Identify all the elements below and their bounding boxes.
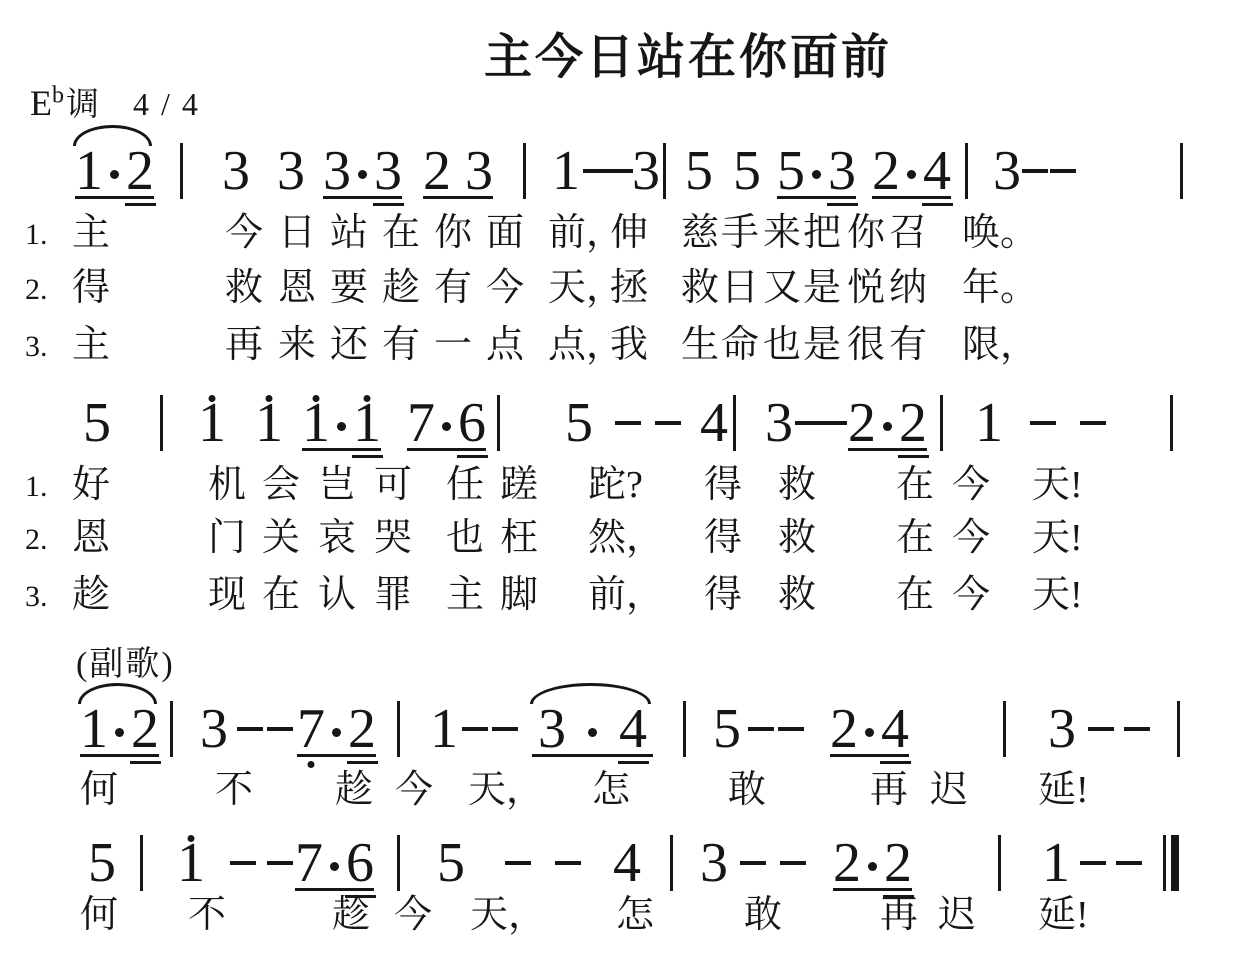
note-digit: 1 (430, 704, 458, 754)
verse-number: 2. (25, 265, 48, 315)
lyric-syllable: 也 (763, 322, 801, 368)
lyric-syllable: 恩 (278, 265, 316, 311)
barline (523, 143, 526, 199)
note-digit: 5 (777, 146, 805, 196)
digit: 5 (713, 704, 741, 754)
lyric-syllable: 把 (803, 210, 841, 256)
digit: 3 (538, 704, 566, 754)
flat-accidental: b (52, 83, 64, 109)
beamed-note-group: 22 (833, 838, 912, 891)
lyric-syllable: 日 (721, 265, 759, 311)
lyric-syllable: 救 (778, 572, 816, 618)
note: 3 (222, 146, 250, 196)
lyric-syllable: 怎 (616, 892, 654, 938)
note: 5 (437, 838, 465, 888)
note-digit: 2 (833, 838, 861, 888)
lyric-syllable: 点 (486, 322, 524, 368)
lyric-syllable: 不 (215, 767, 253, 813)
digit: 1 (552, 146, 580, 196)
barline (497, 395, 500, 451)
digit: 3 (632, 146, 660, 196)
duration-dash (607, 169, 633, 173)
lyric-syllable: 救 (778, 462, 816, 508)
verse-number: 3. (25, 322, 48, 372)
lyric-syllable: 来 (763, 210, 801, 256)
note: 3 (277, 146, 305, 196)
note-digit: 5 (713, 704, 741, 754)
digit: 5 (733, 146, 761, 196)
lyric-syllable: 恩 (72, 515, 110, 561)
duration-dash (748, 727, 774, 731)
augmentation-dot (115, 728, 124, 737)
note: 1 (1042, 838, 1070, 888)
lyric-syllable: 在 (262, 572, 300, 618)
note-digit: 1 (255, 398, 283, 448)
lyric-syllable: 主 (72, 322, 110, 368)
note: 3 (1048, 704, 1076, 754)
note-digit: 3 (374, 146, 402, 196)
duration-dash (1124, 727, 1150, 731)
digit: 2 (423, 146, 451, 196)
note: 1 (177, 838, 205, 888)
barline (683, 701, 686, 757)
music-line-1: 12333323135553243 (0, 146, 1238, 216)
lyric-syllable: 主 (72, 210, 110, 256)
beamed-note-group: 72 (297, 704, 376, 757)
octave-dot-above (313, 395, 320, 402)
note-digit: 1 (552, 146, 580, 196)
lyric-syllable: 救 (681, 265, 719, 311)
barline (1177, 701, 1180, 757)
lyric-syllable: 救 (778, 515, 816, 561)
lyric-syllable: 再 (880, 892, 918, 938)
digit: 5 (437, 838, 465, 888)
barline (733, 395, 736, 451)
beamed-note-group: 11 (302, 398, 381, 451)
lyric-syllable: 得 (704, 572, 742, 618)
duration-dash (230, 861, 256, 865)
barline (663, 143, 666, 199)
lyric-syllable: 敢 (744, 892, 782, 938)
lyric-syllable: 今 (952, 515, 990, 561)
digit: 1 (353, 398, 381, 448)
lyric-syllable: 面 (486, 210, 524, 256)
digit: 7 (407, 398, 435, 448)
digit: 4 (619, 704, 647, 754)
lyric-syllable: 认 (318, 572, 356, 618)
octave-dot-above (364, 395, 371, 402)
lyric-syllable: 得 (704, 515, 742, 561)
augmentation-dot (907, 170, 916, 179)
lyric-syllable: 天! (1032, 515, 1083, 561)
digit: 1 (430, 704, 458, 754)
digit: 2 (884, 838, 912, 888)
key-word: 调 (66, 87, 99, 123)
duration-dash (492, 727, 518, 731)
duration-dash (267, 727, 293, 731)
note: 1 (198, 398, 226, 448)
duration-dash (615, 421, 641, 425)
lyric-syllable: 再 (870, 767, 908, 813)
lyric-syllable: 敢 (728, 767, 766, 813)
verse-number: 2. (25, 515, 48, 565)
lyric-syllable: 机 (208, 462, 246, 508)
duration-dash (780, 861, 806, 865)
verse-1-line-1: 1.主今日站在你面前，伸慈手来把你召唤。 (0, 210, 1238, 260)
lyric-syllable: 关 (262, 515, 300, 561)
digit: 3 (1048, 704, 1076, 754)
duration-dash (555, 861, 581, 865)
lyric-syllable: 要 (330, 265, 368, 311)
lyric-syllable: 今 (952, 462, 990, 508)
note-digit: 1 (198, 398, 226, 448)
lyric-syllable: 命 (721, 322, 759, 368)
augmentation-dot (332, 728, 341, 737)
lyric-syllable: 慈 (681, 210, 719, 256)
note-digit: 3 (465, 146, 493, 196)
page-title: 主今日站在你面前 (484, 18, 892, 87)
lyric-syllable: 趁 (382, 265, 420, 311)
note: 4 (613, 838, 641, 888)
duration-dash (237, 727, 263, 731)
refrain-lyric-line-1: 何不趁今天，怎敢再迟延! (0, 767, 1238, 817)
note-digit: 4 (881, 704, 909, 754)
digit: 1 (75, 146, 103, 196)
digit: 2 (348, 704, 376, 754)
lyric-syllable: 现 (208, 572, 246, 618)
beamed-note-group: 12 (75, 146, 154, 199)
lyric-syllable: 天， (470, 892, 546, 938)
lyric-syllable: 也 (446, 515, 484, 561)
augmentation-dot (358, 170, 367, 179)
verse-1-line-2: 1.好机会岂可任蹉跎?得救在今天! (0, 462, 1238, 512)
lyric-syllable: 年。 (962, 265, 1038, 311)
note: 3 (700, 838, 728, 888)
lyric-syllable: 蹉 (500, 462, 538, 508)
lyric-syllable: 有 (382, 322, 420, 368)
lyric-syllable: 今 (395, 767, 433, 813)
note: 3 (200, 704, 228, 754)
beamed-note-group: 33 (323, 146, 402, 199)
lyric-syllable: 日 (278, 210, 316, 256)
digit: 4 (923, 146, 951, 196)
note: 3 (765, 398, 793, 448)
barline (397, 835, 400, 891)
lyric-syllable: 站 (330, 210, 368, 256)
digit: 1 (80, 704, 108, 754)
lyric-syllable: 可 (374, 462, 412, 508)
note-digit: 1 (1042, 838, 1070, 888)
note-digit: 2 (348, 704, 376, 754)
lyric-syllable: 纳 (889, 265, 927, 311)
duration-dash (583, 169, 609, 173)
digit: 3 (765, 398, 793, 448)
lyric-syllable: 延! (1038, 767, 1089, 813)
digit: 2 (833, 838, 861, 888)
verse-number: 1. (25, 210, 48, 260)
lyric-syllable: 不 (188, 892, 226, 938)
lyric-syllable: 何 (80, 767, 118, 813)
lyric-syllable: 迟 (938, 892, 976, 938)
lyric-syllable: 枉 (500, 515, 538, 561)
final-barline-thin (1163, 835, 1166, 891)
note-digit: 5 (685, 146, 713, 196)
duration-dash (1116, 861, 1142, 865)
note: 3 (632, 146, 660, 196)
note-digit: 1 (975, 398, 1003, 448)
note: 5 (565, 398, 593, 448)
beamed-note-group: 76 (407, 398, 486, 451)
note-digit: 1 (353, 398, 381, 448)
digit: 1 (255, 398, 283, 448)
key-and-time-signature: Eb调4 / 4 (30, 78, 200, 125)
lyric-syllable: 拯 (610, 265, 648, 311)
digit: 4 (613, 838, 641, 888)
lyric-syllable: 在 (896, 462, 934, 508)
final-barline (1163, 835, 1177, 891)
digit: 6 (346, 838, 374, 888)
note-digit: 3 (632, 146, 660, 196)
note-digit: 1 (75, 146, 103, 196)
note-digit: 3 (1048, 704, 1076, 754)
digit: 3 (374, 146, 402, 196)
augmentation-dot (330, 862, 339, 871)
verse-3-line-2: 3.趁现在认罪主脚前，得救在今天! (0, 572, 1238, 622)
lyric-syllable: 任 (446, 462, 484, 508)
note-digit: 1 (302, 398, 330, 448)
lyric-syllable: 得 (72, 265, 110, 311)
lyric-syllable: 哭 (374, 515, 412, 561)
digit: 5 (565, 398, 593, 448)
note-digit: 4 (619, 704, 647, 754)
lyric-syllable: 唤。 (962, 210, 1038, 256)
note-digit: 3 (538, 704, 566, 754)
lyric-syllable: 在 (382, 210, 420, 256)
digit: 4 (700, 398, 728, 448)
verse-number: 1. (25, 462, 48, 512)
augmentation-dot (865, 728, 874, 737)
octave-dot-above (209, 395, 216, 402)
barline (160, 395, 163, 451)
duration-dash (1050, 169, 1076, 173)
beamed-note-group: 34 (532, 704, 653, 757)
note: 5 (88, 838, 116, 888)
lyric-syllable: 召 (889, 210, 927, 256)
barline (1170, 395, 1173, 451)
verse-number: 3. (25, 572, 48, 622)
note-digit: 3 (700, 838, 728, 888)
beamed-note-group: 12 (80, 704, 159, 757)
lyric-syllable: 还 (330, 322, 368, 368)
note-digit: 5 (437, 838, 465, 888)
lyric-syllable: 是 (803, 265, 841, 311)
lyric-syllable: 趁 (72, 572, 110, 618)
lyric-syllable: 得 (704, 462, 742, 508)
digit: 7 (295, 838, 323, 888)
verse-2-line-1: 2.得救恩要趁有今天，拯救日又是悦纳年。 (0, 265, 1238, 315)
key-letter: E (30, 83, 52, 123)
note-digit: 2 (884, 838, 912, 888)
digit: 2 (848, 398, 876, 448)
duration-dash (778, 727, 804, 731)
lyric-syllable: 我 (610, 322, 648, 368)
beamed-note-group: 53 (777, 146, 856, 199)
note: 4 (700, 398, 728, 448)
lyric-syllable: 生 (681, 322, 719, 368)
barline (1180, 143, 1183, 199)
lyric-syllable: 跎? (588, 462, 643, 508)
lyric-syllable: 趁 (335, 767, 373, 813)
note: 5 (713, 704, 741, 754)
duration-dash (1080, 421, 1106, 425)
digit: 2 (899, 398, 927, 448)
note-digit: 3 (222, 146, 250, 196)
note-digit: 3 (323, 146, 351, 196)
note: 5 (685, 146, 713, 196)
note-digit: 7 (295, 838, 323, 888)
barline (140, 835, 143, 891)
digit: 5 (685, 146, 713, 196)
digit: 2 (830, 704, 858, 754)
digit: 3 (828, 146, 856, 196)
lyric-syllable: 会 (262, 462, 300, 508)
verse-3-line-1: 3.主再来还有一点点，我生命也是很有限， (0, 322, 1238, 372)
refrain-lyric-line-2: 何不趁今天，怎敢再迟延! (0, 892, 1238, 942)
duration-dash (1080, 861, 1106, 865)
lyric-syllable: 来 (278, 322, 316, 368)
lyric-syllable: 伸 (610, 210, 648, 256)
barline (170, 701, 173, 757)
augmentation-dot (588, 728, 597, 737)
duration-dash (505, 861, 531, 865)
lyric-syllable: 今 (394, 892, 432, 938)
note-digit: 2 (126, 146, 154, 196)
lyric-syllable: 又 (763, 265, 801, 311)
note: 1 (255, 398, 283, 448)
lyric-syllable: 很 (847, 322, 885, 368)
digit: 1 (302, 398, 330, 448)
note-digit: 6 (458, 398, 486, 448)
lyric-syllable: 手 (721, 210, 759, 256)
lyric-syllable: 好 (72, 462, 110, 508)
lyric-syllable: 罪 (374, 572, 412, 618)
barline (998, 835, 1001, 891)
digit: 4 (881, 704, 909, 754)
note-digit: 3 (277, 146, 305, 196)
duration-dash (740, 861, 766, 865)
note-digit: 6 (346, 838, 374, 888)
lyric-syllable: 今 (225, 210, 263, 256)
note: 1 (552, 146, 580, 196)
digit: 3 (700, 838, 728, 888)
digit: 7 (297, 704, 325, 754)
lyric-syllable: 前， (588, 572, 664, 618)
digit: 3 (323, 146, 351, 196)
note-digit: 5 (733, 146, 761, 196)
note: 1 (975, 398, 1003, 448)
augmentation-dot (812, 170, 821, 179)
note: 1 (430, 704, 458, 754)
lyric-syllable: 是 (803, 322, 841, 368)
hymn-sheet-page: 主今日站在你面前 Eb调4 / 4 (副歌) 12333323135553243… (0, 0, 1238, 980)
note-digit: 7 (407, 398, 435, 448)
augmentation-dot (883, 422, 892, 431)
note-digit: 5 (88, 838, 116, 888)
lyric-syllable: 脚 (500, 572, 538, 618)
lyric-syllable: 天! (1032, 462, 1083, 508)
barline (397, 701, 400, 757)
digit: 3 (993, 146, 1021, 196)
barline (670, 835, 673, 891)
note-digit: 3 (828, 146, 856, 196)
note-digit: 3 (993, 146, 1021, 196)
lyric-syllable: 主 (446, 572, 484, 618)
refrain-label: (副歌) (76, 636, 175, 685)
augmentation-dot (442, 422, 451, 431)
note: 5 (83, 398, 111, 448)
lyric-syllable: 今 (486, 265, 524, 311)
lyric-syllable: 然， (588, 515, 664, 561)
note-digit: 2 (131, 704, 159, 754)
duration-dash (1022, 169, 1048, 173)
barline (965, 143, 968, 199)
note-digit: 4 (923, 146, 951, 196)
lyric-syllable: 有 (889, 322, 927, 368)
digit: 5 (88, 838, 116, 888)
duration-dash (1030, 421, 1056, 425)
lyric-syllable: 一 (434, 322, 472, 368)
duration-dash (462, 727, 488, 731)
lyric-syllable: 有 (434, 265, 472, 311)
beamed-note-group: 24 (830, 704, 909, 757)
lyric-syllable: 悦 (847, 265, 885, 311)
lyric-syllable: 你 (434, 210, 472, 256)
verse-2-line-2: 2.恩门关哀哭也枉然，得救在今天! (0, 515, 1238, 565)
lyric-syllable: 在 (896, 515, 934, 561)
note: 3 (993, 146, 1021, 196)
music-line-2: 5111176543221 (0, 398, 1238, 468)
note-digit: 2 (830, 704, 858, 754)
beamed-note-group: 23 (423, 146, 493, 199)
barline (1003, 701, 1006, 757)
note-digit: 2 (848, 398, 876, 448)
digit: 1 (198, 398, 226, 448)
note-digit: 1 (177, 838, 205, 888)
beamed-note-group: 22 (848, 398, 927, 451)
note-digit: 2 (899, 398, 927, 448)
lyric-syllable: 你 (847, 210, 885, 256)
augmentation-dot (110, 170, 119, 179)
digit: 3 (222, 146, 250, 196)
note-digit: 2 (872, 146, 900, 196)
lyric-syllable: 哀 (318, 515, 356, 561)
note: 5 (733, 146, 761, 196)
note-digit: 2 (423, 146, 451, 196)
digit: 3 (200, 704, 228, 754)
note-digit: 5 (565, 398, 593, 448)
lyric-syllable: 再 (225, 322, 263, 368)
refrain-music-line-1: 123721345243 (0, 704, 1238, 774)
note-digit: 1 (80, 704, 108, 754)
note-digit: 4 (613, 838, 641, 888)
digit: 2 (131, 704, 159, 754)
augmentation-dot (868, 862, 877, 871)
lyric-syllable: 限， (962, 322, 1038, 368)
octave-dot-above (266, 395, 273, 402)
lyric-syllable: 迟 (930, 767, 968, 813)
lyric-syllable: 天! (1032, 572, 1083, 618)
lyric-syllable: 岂 (318, 462, 356, 508)
